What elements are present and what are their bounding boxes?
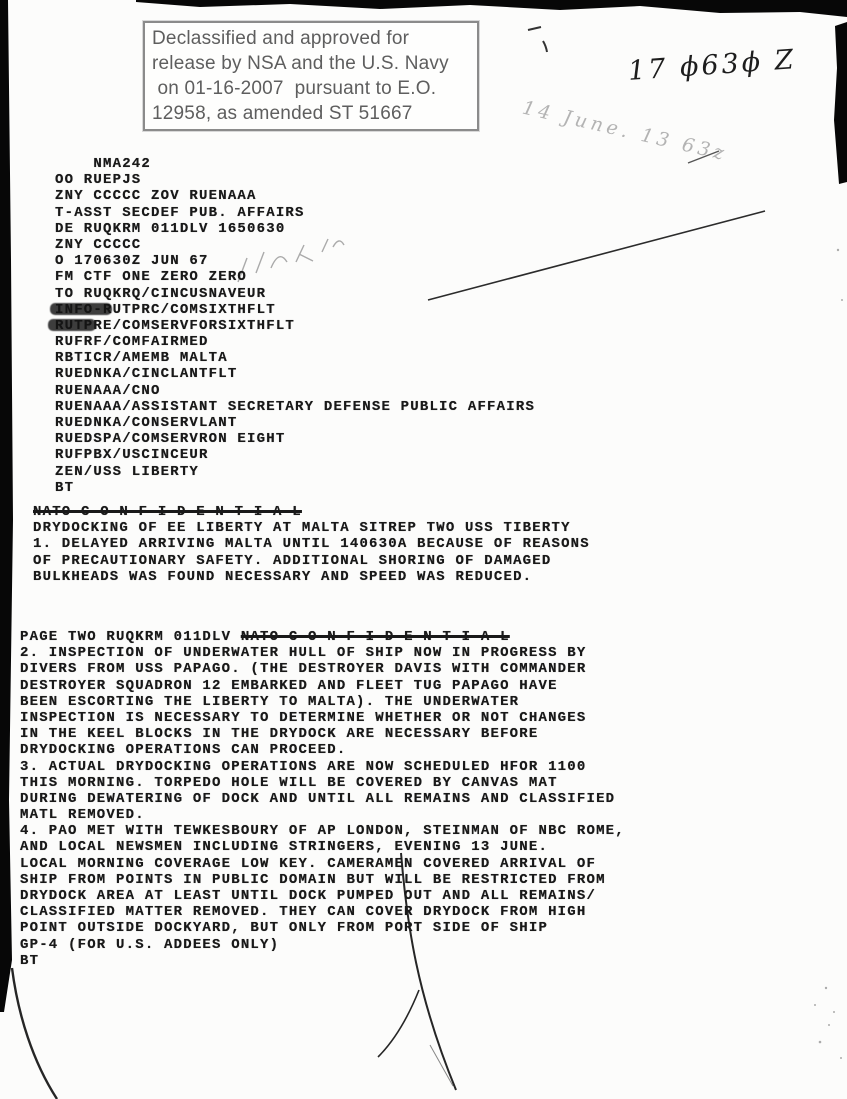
typed-line: O 170630Z JUN 67 <box>55 253 535 269</box>
typed-line: DE RUQKRM 011DLV 1650630 <box>55 221 535 237</box>
ink-smudge <box>50 303 112 315</box>
typed-line: INSPECTION IS NECESSARY TO DETERMINE WHE… <box>20 710 625 726</box>
typed-line: NMA242 <box>55 156 535 172</box>
typed-line: DRYDOCK AREA AT LEAST UNTIL DOCK PUMPED … <box>20 888 625 904</box>
paragraph-1: 1. DELAYED ARRIVING MALTA UNTIL 140630A … <box>33 536 590 585</box>
typed-line: THIS MORNING. TORPEDO HOLE WILL BE COVER… <box>20 775 625 791</box>
typed-line: DRYDOCKING OPERATIONS CAN PROCEED. <box>20 742 625 758</box>
typed-line: RUTPRE/COMSERVFORSIXTHFLT <box>55 318 535 334</box>
typed-line: INFO-RUTPRC/COMSIXTHFLT <box>55 302 535 318</box>
declassification-stamp: Declassified and approved forrelease by … <box>143 21 479 131</box>
typed-line: 1. DELAYED ARRIVING MALTA UNTIL 140630A … <box>33 536 590 552</box>
typed-line: OO RUEPJS <box>55 172 535 188</box>
typed-line: RBTICR/AMEMB MALTA <box>55 350 535 366</box>
typed-line: LOCAL MORNING COVERAGE LOW KEY. CAMERAME… <box>20 856 625 872</box>
typed-line: FM CTF ONE ZERO ZERO <box>55 269 535 285</box>
typed-line: AND LOCAL NEWSMEN INCLUDING STRINGERS, E… <box>20 839 625 855</box>
scan-speckles <box>814 249 843 1059</box>
typed-line: RUENAAA/ASSISTANT SECRETARY DEFENSE PUBL… <box>55 399 535 415</box>
typed-line: ZNY CCCCC ZOV RUENAAA <box>55 188 535 204</box>
typed-line: BULKHEADS WAS FOUND NECESSARY AND SPEED … <box>33 569 590 585</box>
ink-smudge <box>48 319 96 331</box>
typed-line: 3. ACTUAL DRYDOCKING OPERATIONS ARE NOW … <box>20 759 625 775</box>
document-scan-page: Declassified and approved forrelease by … <box>0 0 847 1099</box>
scan-edge-right <box>834 22 847 184</box>
typed-line: GP-4 (FOR U.S. ADDEES ONLY) <box>20 937 625 953</box>
typed-line: T-ASST SECDEF PUB. AFFAIRS <box>55 205 535 221</box>
handwritten-date-note: 14 June. 13 63z <box>520 97 730 166</box>
typed-line: BT <box>20 953 625 969</box>
typed-line: 2. INSPECTION OF UNDERWATER HULL OF SHIP… <box>20 645 625 661</box>
typed-line: ZNY CCCCC <box>55 237 535 253</box>
scan-edge-left <box>0 0 13 1012</box>
handwritten-time-note: 17 ϕ63ϕ Z <box>627 44 797 87</box>
typed-line: DIVERS FROM USS PAPAGO. (THE DESTROYER D… <box>20 661 625 677</box>
page2-header-line: PAGE TWO RUQKRM 011DLV NATO C O N F I D … <box>20 629 625 645</box>
typed-line: DURING DEWATERING OF DOCK AND UNTIL ALL … <box>20 791 625 807</box>
typed-line: DESTROYER SQUADRON 12 EMBARKED AND FLEET… <box>20 678 625 694</box>
page2-header-prefix: PAGE TWO RUQKRM 011DLV <box>20 629 241 645</box>
typed-line: RUENAAA/CNO <box>55 383 535 399</box>
typed-line: RUFPBX/USCINCEUR <box>55 447 535 463</box>
message-page2-block: PAGE TWO RUQKRM 011DLV NATO C O N F I D … <box>20 629 625 969</box>
typed-line: Declassified and approved for <box>152 26 470 51</box>
typed-line: BEEN ESCORTING THE LIBERTY TO MALTA). TH… <box>20 694 625 710</box>
typed-line: RUEDSPA/COMSERVRON EIGHT <box>55 431 535 447</box>
typed-line: 4. PAO MET WITH TEWKESBOURY OF AP LONDON… <box>20 823 625 839</box>
typed-line: RUEDNKA/CONSERVLANT <box>55 415 535 431</box>
typed-line: ZEN/USS LIBERTY <box>55 464 535 480</box>
typed-line: MATL REMOVED. <box>20 807 625 823</box>
typed-line: CLASSIFIED MATTER REMOVED. THEY CAN COVE… <box>20 904 625 920</box>
typed-line: OF PRECAUTIONARY SAFETY. ADDITIONAL SHOR… <box>33 553 590 569</box>
typed-line: RUFRF/COMFAIRMED <box>55 334 535 350</box>
message-subject-block: NATO C O N F I D E N T I A L DRYDOCKING … <box>33 504 590 585</box>
scan-edge-top <box>136 0 847 17</box>
typed-line: SHIP FROM POINTS IN PUBLIC DOMAIN BUT WI… <box>20 872 625 888</box>
typed-line: RUEDNKA/CINCLANTFLT <box>55 366 535 382</box>
subject-line: DRYDOCKING OF EE LIBERTY AT MALTA SITREP… <box>33 520 590 536</box>
message-header-block: NMA242OO RUEPJSZNY CCCCC ZOV RUENAAAT-AS… <box>55 156 535 496</box>
typed-line: TO RUQKRQ/CINCUSNAVEUR <box>55 286 535 302</box>
typed-line: BT <box>55 480 535 496</box>
typed-line: release by NSA and the U.S. Navy <box>152 51 470 76</box>
typed-line: IN THE KEEL BLOCKS IN THE DRYDOCK ARE NE… <box>20 726 625 742</box>
page2-classification: NATO C O N F I D E N T I A L <box>241 629 510 645</box>
page2-body: 2. INSPECTION OF UNDERWATER HULL OF SHIP… <box>20 645 625 969</box>
typed-line: 12958, as amended ST 51667 <box>152 101 470 126</box>
typed-line: POINT OUTSIDE DOCKYARD, BUT ONLY FROM PO… <box>20 920 625 936</box>
typed-line: on 01-16-2007 pursuant to E.O. <box>152 76 470 101</box>
classification-line: NATO C O N F I D E N T I A L <box>33 504 590 520</box>
